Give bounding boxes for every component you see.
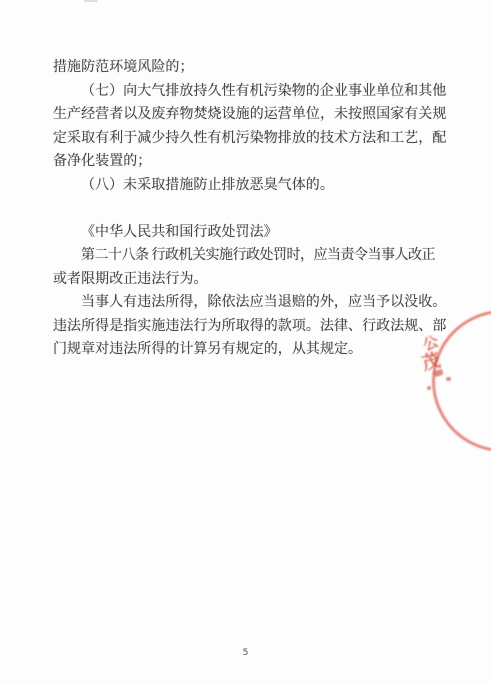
- text-line: 备净化装置的；: [53, 150, 445, 174]
- seal-ink-mark: [446, 377, 451, 381]
- text-line: 当事人有违法所得，除依法应当退赔的外，应当予以没收。: [53, 291, 445, 315]
- scanned-document-page: 措施防范环境风险的； （七）向大气排放持久性有机污染物的企业事业单位和其他 生产…: [0, 0, 491, 684]
- page-number: 5: [0, 648, 491, 658]
- document-text: 措施防范环境风险的； （七）向大气排放持久性有机污染物的企业事业单位和其他 生产…: [53, 56, 445, 362]
- text-line: 第二十八条 行政机关实施行政处罚时，应当责令当事人改正: [53, 244, 445, 268]
- text-line: 定采取有利于减少持久性有机污染物排放的技术方法和工艺，配: [53, 127, 445, 151]
- text-line: （七）向大气排放持久性有机污染物的企业事业单位和其他: [53, 80, 445, 104]
- blank-line: [53, 197, 445, 221]
- text-line: 或者限期改正违法行为。: [53, 268, 445, 292]
- seal-ink-mark: [427, 386, 431, 390]
- text-line: 违法所得是指实施违法行为所取得的款项。法律、行政法规、部: [53, 315, 445, 339]
- law-title-line: 《中华人民共和国行政处罚法》: [53, 221, 445, 245]
- scan-smudge-artifact: [84, 0, 98, 2]
- text-line: （八）未采取措施防止排放恶臭气体的。: [53, 174, 445, 198]
- text-line: 门规章对违法所得的计算另有规定的，从其规定。: [53, 338, 445, 362]
- text-line: 生产经营者以及废弃物焚烧设施的运营单位，未按照国家有关规: [53, 103, 445, 127]
- text-line: 措施防范环境风险的；: [53, 56, 445, 80]
